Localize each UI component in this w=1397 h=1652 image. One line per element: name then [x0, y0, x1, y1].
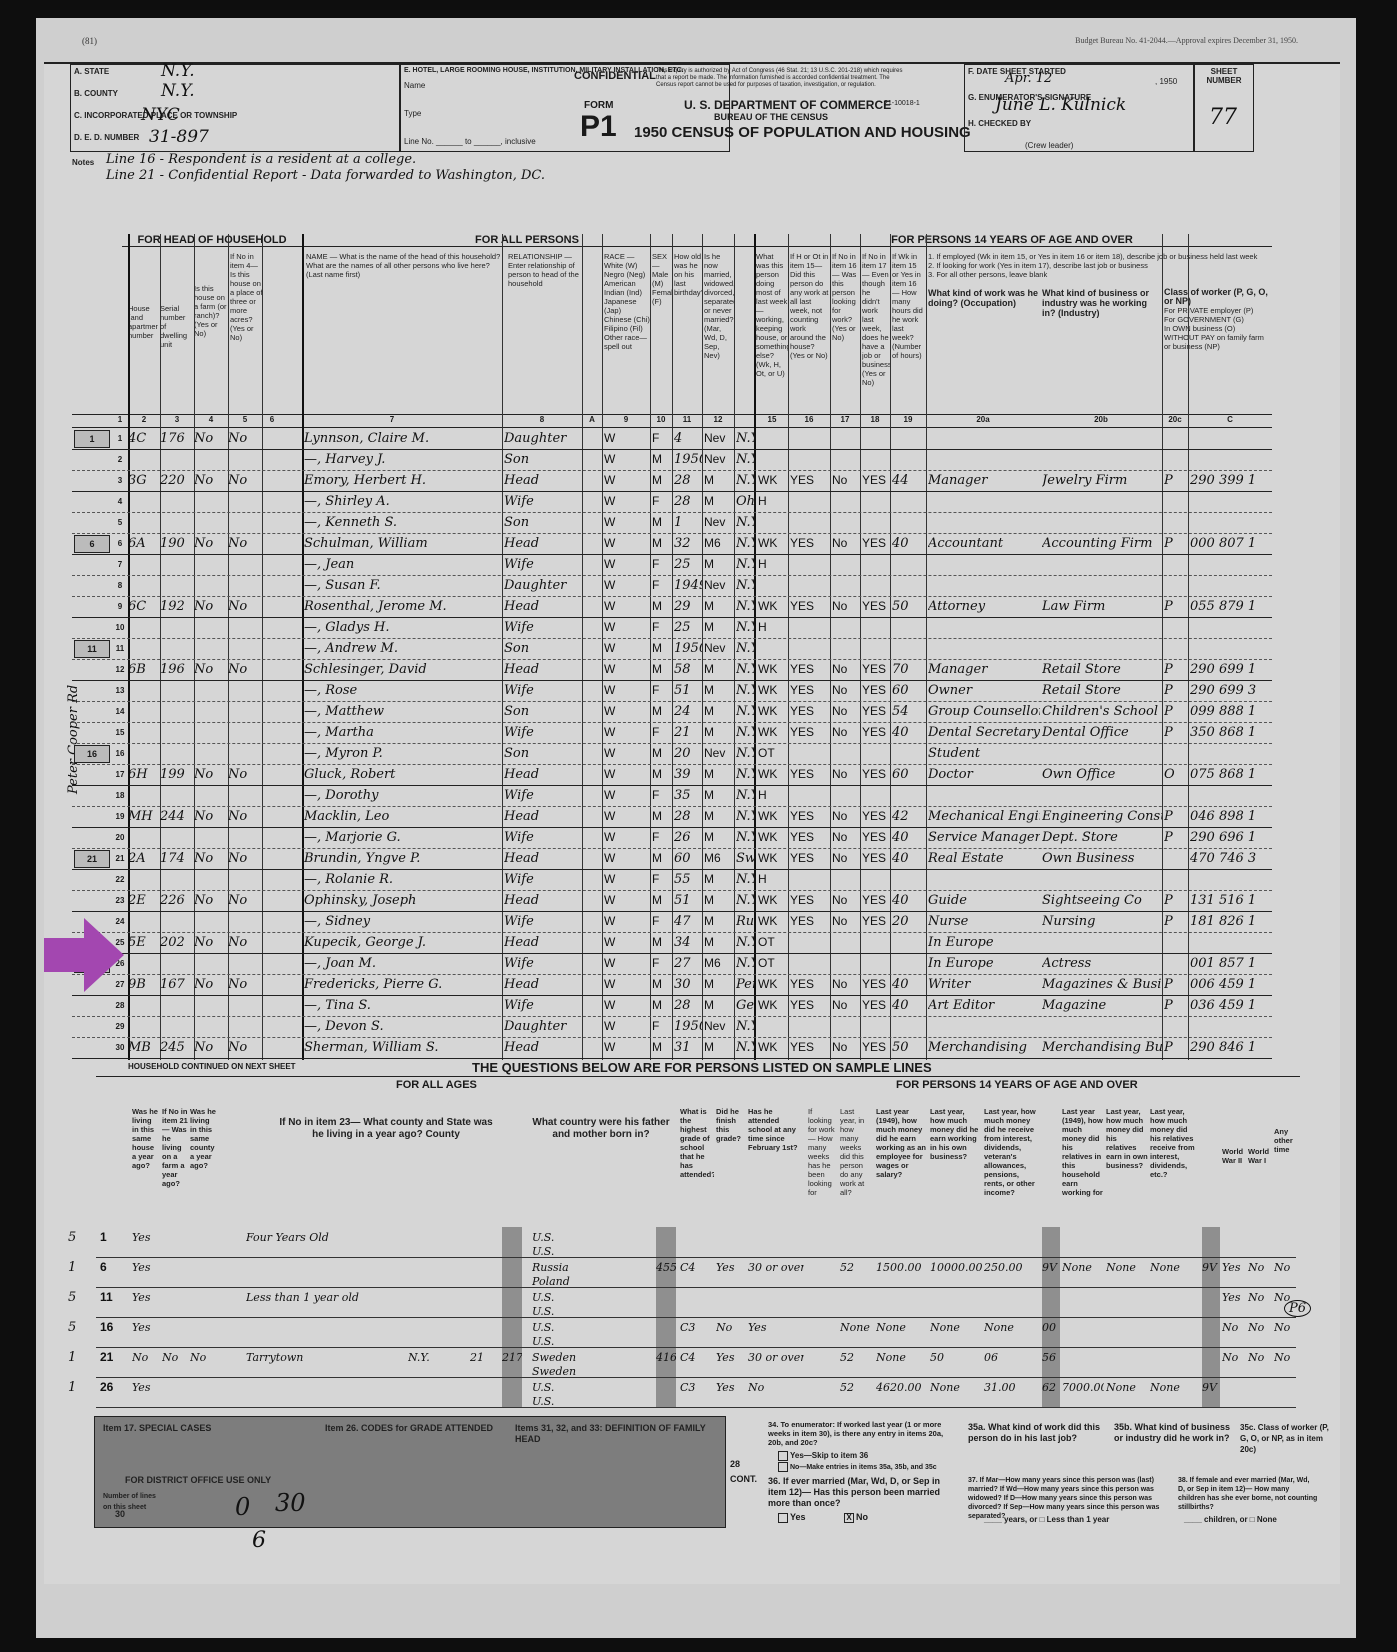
sample-cell-code_f	[1042, 1227, 1060, 1248]
sample-cell-grade: C3	[680, 1377, 714, 1398]
col-head-3: Serial number of dwelling unit	[160, 304, 192, 414]
cell-house	[128, 554, 160, 575]
cell-job	[862, 449, 890, 470]
sample-cell-ww2	[1222, 1227, 1246, 1248]
sample-cell-school: Yes	[748, 1317, 804, 1338]
line-number: 17	[112, 764, 128, 785]
cell-occupation	[928, 575, 1040, 596]
cell-serial	[160, 743, 194, 764]
cell-birthplace: N.Y.C.	[736, 890, 754, 911]
cell-code	[1190, 491, 1272, 512]
sample-cell-weeks_worked: 52	[840, 1347, 874, 1368]
cell-marital: M	[704, 785, 734, 806]
cell-activity: H	[758, 869, 788, 890]
line-number: 12	[112, 659, 128, 680]
family-head-title: Items 31, 32, and 33: DEFINITION OF FAMI…	[515, 1423, 715, 1445]
count-other: 0	[235, 1493, 250, 1521]
cell-name: —, Devon S.	[304, 1016, 502, 1037]
cell-work	[790, 491, 830, 512]
cell-serial	[160, 953, 194, 974]
sample-cell-q23	[190, 1377, 218, 1398]
cell-race: W	[604, 428, 650, 449]
cell-birthplace: Russia	[736, 911, 754, 932]
q36-yes[interactable]: Yes	[778, 1512, 806, 1523]
q38: 38. If female and ever married (Mar, Wd,…	[1178, 1476, 1318, 1512]
cell-work	[790, 512, 830, 533]
cell-looking: No	[832, 659, 860, 680]
confidential-text: This inquiry is authorized by Act of Con…	[656, 68, 906, 89]
cell-rel: Wife	[504, 785, 582, 806]
sample-cell-county	[246, 1377, 406, 1398]
cell-house	[128, 722, 160, 743]
margin-mark: 5	[68, 1317, 82, 1338]
sample-line-number: 1	[100, 1227, 128, 1248]
cell-occupation	[928, 554, 1040, 575]
sample-cell-state	[408, 1257, 468, 1278]
cell-code	[1190, 1016, 1272, 1037]
col-head-7: NAME — What is the name of the head of t…	[306, 252, 506, 412]
sample-cell-rel_c: None	[1150, 1257, 1200, 1278]
cell-acres	[228, 512, 262, 533]
cell-class	[1164, 575, 1188, 596]
sample-cell-code_d	[502, 1317, 522, 1338]
cell-industry: Magazines & Business	[1042, 974, 1162, 995]
sample-cell-finish	[716, 1287, 746, 1308]
cell-job	[862, 491, 890, 512]
cell-age: 55	[674, 869, 702, 890]
cell-industry	[1042, 1016, 1162, 1037]
cell-age: 1950 Mar	[674, 638, 702, 659]
cell-work	[790, 554, 830, 575]
cell-age: 28	[674, 470, 702, 491]
sample-cell-ww1: No	[1248, 1287, 1272, 1308]
cell-serial	[160, 827, 194, 848]
checkbox[interactable]	[778, 1451, 788, 1461]
q36: 36. If ever married (Mar, Wd, D, or Sep …	[768, 1476, 958, 1509]
cell-acres	[228, 491, 262, 512]
cell-name: Lynnson, Claire M.	[304, 428, 502, 449]
cell-industry	[1042, 932, 1162, 953]
cell-class: P	[1164, 890, 1188, 911]
sample-cell-county: Tarrytown	[246, 1347, 406, 1368]
cell-occupation: Mechanical Engineer	[928, 806, 1040, 827]
cell-age: 34	[674, 932, 702, 953]
cell-looking: No	[832, 974, 860, 995]
cell-rel: Wife	[504, 680, 582, 701]
cell-race: W	[604, 869, 650, 890]
cell-class	[1164, 512, 1188, 533]
cell-hours: 54	[892, 701, 926, 722]
cell-marital: M	[704, 806, 734, 827]
cell-hours	[892, 785, 926, 806]
cell-sex: F	[652, 680, 672, 701]
colnum-20b: 20b	[1040, 415, 1162, 424]
cell-class: O	[1164, 764, 1188, 785]
cell-birthplace: N.Y.C.	[736, 659, 754, 680]
line-number: 8	[112, 575, 128, 596]
cell-serial	[160, 911, 194, 932]
margin-mark: 1	[68, 1377, 82, 1398]
sample-cell-q22	[162, 1227, 188, 1248]
cell-work: YES	[790, 974, 830, 995]
cell-age: 25	[674, 617, 702, 638]
cell-work: YES	[790, 911, 830, 932]
margin-note: 6	[252, 1528, 266, 1553]
cell-acres: No	[228, 659, 262, 680]
sample-cell-school	[748, 1227, 804, 1248]
cell-occupation: Real Estate	[928, 848, 1040, 869]
cell-activity: WK	[758, 911, 788, 932]
cell-acres	[228, 743, 262, 764]
date-value: Apr. 12	[1005, 71, 1052, 86]
form-id: P1	[580, 110, 617, 144]
table-row: 114C176NoNoLynnson, Claire M.DaughterWF4…	[72, 428, 1272, 450]
cell-job: YES	[862, 806, 890, 827]
cell-hours	[892, 1016, 926, 1037]
cell-industry: Retail Store	[1042, 659, 1162, 680]
cell-occupation: Doctor	[928, 764, 1040, 785]
cell-hours: 50	[892, 596, 926, 617]
cell-name: —, Joan M.	[304, 953, 502, 974]
cell-birthplace: N.Y.C.	[736, 785, 754, 806]
sample-cell-rel_b	[1106, 1227, 1148, 1248]
cell-class	[1164, 848, 1188, 869]
sample-cell-code_g: 9V	[1202, 1257, 1220, 1278]
cell-activity: H	[758, 491, 788, 512]
cell-hours: 50	[892, 1037, 926, 1058]
sample-cell-income_b	[930, 1227, 982, 1248]
cell-job: YES	[862, 911, 890, 932]
cell-serial	[160, 575, 194, 596]
cell-code: 055 879 1	[1190, 596, 1272, 617]
sample-head-31b: Last year, how much money did he earn wo…	[930, 1107, 980, 1197]
cell-job: YES	[862, 764, 890, 785]
sample-cell-rel_c	[1150, 1317, 1200, 1338]
sample-cell-q21: Yes	[132, 1287, 160, 1308]
q36-no[interactable]: XNo	[844, 1512, 868, 1523]
cell-age: 1	[674, 512, 702, 533]
cell-house	[128, 743, 160, 764]
special-cases-title: Item 17. SPECIAL CASES	[103, 1423, 211, 1434]
cell-industry	[1042, 743, 1162, 764]
cell-job	[862, 554, 890, 575]
sample-cell-ww2: No	[1222, 1347, 1246, 1368]
cell-activity	[758, 575, 788, 596]
note-line-1: Line 16 - Respondent is a resident at a …	[106, 152, 416, 167]
cell-job	[862, 617, 890, 638]
sample-head-33a: World War II	[1222, 1147, 1246, 1187]
sample-line-number: 26	[100, 1377, 128, 1398]
cell-occupation: Writer	[928, 974, 1040, 995]
cell-name: —, Jean	[304, 554, 502, 575]
sample-head-22: If No in item 21— Was he living on a far…	[162, 1107, 188, 1197]
cell-code: 006 459 1	[1190, 974, 1272, 995]
checkbox[interactable]	[778, 1513, 788, 1523]
cell-birthplace: N.Y.C.	[736, 428, 754, 449]
cell-industry: Sightseeing Co	[1042, 890, 1162, 911]
colnum-A: A	[582, 415, 602, 424]
form-title: 1950 CENSUS OF POPULATION AND HOUSING	[634, 124, 971, 141]
cell-acres: No	[228, 848, 262, 869]
sample-cell-income_a	[876, 1227, 928, 1248]
table-row: 1616—, Myron P.SonWM20NevN.Y.C.OTStudent	[72, 743, 1272, 765]
cell-marital: M	[704, 932, 734, 953]
cell-looking: No	[832, 995, 860, 1016]
line-number: 23	[112, 890, 128, 911]
sample-cell-other	[1274, 1377, 1298, 1398]
cell-code: 046 898 1	[1190, 806, 1272, 827]
cell-work	[790, 428, 830, 449]
cell-occupation: Guide	[928, 890, 1040, 911]
cell-acres: No	[228, 806, 262, 827]
cell-house	[128, 953, 160, 974]
cell-age: 1950 Jan	[674, 449, 702, 470]
cell-looking	[832, 491, 860, 512]
cell-class	[1164, 785, 1188, 806]
cell-race: W	[604, 785, 650, 806]
line-number: 10	[112, 617, 128, 638]
occupation-instructions: 1. If employed (Wk in item 15, or Yes in…	[928, 252, 1258, 282]
cell-hours: 70	[892, 659, 926, 680]
sample-cell-state_code	[470, 1227, 500, 1248]
cell-house	[128, 575, 160, 596]
cell-farm	[194, 680, 228, 701]
cell-hours: 40	[892, 890, 926, 911]
sample-head-25: What country were his father and mother …	[526, 1117, 676, 1177]
cell-occupation	[928, 1016, 1040, 1037]
cell-birthplace: N.Y.C.	[736, 953, 754, 974]
cell-acres	[228, 995, 262, 1016]
cell-work: YES	[790, 659, 830, 680]
cell-marital: M6	[704, 533, 734, 554]
cell-age: 30	[674, 974, 702, 995]
cell-house	[128, 701, 160, 722]
cell-sex: M	[652, 596, 672, 617]
q36-no-label: No	[856, 1512, 868, 1522]
sample-cell-rel_c: None	[1150, 1377, 1200, 1398]
cell-occupation: Merchandising	[928, 1037, 1040, 1058]
cell-farm: No	[194, 764, 228, 785]
cell-marital: M	[704, 974, 734, 995]
cell-industry	[1042, 617, 1162, 638]
cell-code	[1190, 638, 1272, 659]
highlight-arrow-icon	[44, 918, 124, 992]
cell-class: P	[1164, 806, 1188, 827]
table-row: 33G220NoNoEmory, Herbert H.HeadWM28MN.Y.…	[72, 470, 1272, 492]
q36-yes-label: Yes	[790, 1512, 806, 1522]
county-value: N.Y.	[161, 81, 195, 101]
cell-activity: WK	[758, 596, 788, 617]
cell-looking	[832, 953, 860, 974]
sample-cell-q21: Yes	[132, 1257, 160, 1278]
cell-name: —, Myron P.	[304, 743, 502, 764]
cell-rel: Wife	[504, 722, 582, 743]
cell-house	[128, 617, 160, 638]
cell-marital: M	[704, 659, 734, 680]
sample-head-30: Last year, in how many weeks did this pe…	[840, 1107, 872, 1197]
cell-house: 3G	[128, 470, 160, 491]
cell-birthplace: N.Y.C.	[736, 449, 754, 470]
cell-farm	[194, 785, 228, 806]
cell-code: 075 868 1	[1190, 764, 1272, 785]
cont-label: CONT.	[730, 1474, 757, 1485]
cell-house: 9B	[128, 974, 160, 995]
census-sheet: (81) Budget Bureau No. 41-2044.—Approval…	[36, 18, 1356, 1638]
instruction-1: 1. If employed (Wk in item 15, or Yes in…	[928, 252, 1258, 261]
cell-serial	[160, 449, 194, 470]
table-row: 2626—, Joan M.WifeWF27M6N.Y.C.OTIn Europ…	[72, 953, 1272, 975]
cell-looking	[832, 932, 860, 953]
sample-cell-q22	[162, 1317, 188, 1338]
checkbox[interactable]	[778, 1462, 788, 1472]
cell-code	[1190, 869, 1272, 890]
cell-acres	[228, 869, 262, 890]
colnum-7: 7	[282, 415, 502, 424]
col-head-16: If H or Ot in item 15— Did this person d…	[790, 252, 830, 412]
sample-line-number: 11	[100, 1287, 128, 1308]
cell-looking: No	[832, 722, 860, 743]
sample-cell-code_f: 62	[1042, 1377, 1060, 1398]
cell-acres	[228, 953, 262, 974]
cell-birthplace: N.Y.C.	[736, 806, 754, 827]
sample-line-marker: 6	[74, 535, 110, 553]
sample-cell-code_d	[502, 1257, 522, 1278]
cell-marital: M	[704, 680, 734, 701]
cell-occupation	[928, 785, 1040, 806]
sample-row: 126YesU.S.C3YesNo524620.00None31.0062700…	[96, 1377, 1296, 1408]
cell-hours: 20	[892, 911, 926, 932]
colnum-10: 10	[650, 415, 672, 424]
line-number: 22	[112, 869, 128, 890]
cell-farm	[194, 827, 228, 848]
cell-code: 181 826 1	[1190, 911, 1272, 932]
q34-yes[interactable]: Yes—Skip to item 36	[778, 1450, 868, 1461]
cell-farm: No	[194, 533, 228, 554]
cell-farm	[194, 722, 228, 743]
cell-birthplace: Sweden	[736, 848, 754, 869]
cell-hours: 40	[892, 848, 926, 869]
col-head-9: RACE — White (W) Negro (Neg) American In…	[604, 252, 650, 412]
cell-hours: 40	[892, 827, 926, 848]
cell-name: —, Rose	[304, 680, 502, 701]
cell-race: W	[604, 491, 650, 512]
cell-birthplace: N.Y.C.	[736, 575, 754, 596]
cell-age: 26	[674, 827, 702, 848]
cell-marital: Nev	[704, 743, 734, 764]
cell-farm	[194, 911, 228, 932]
sample-cell-code_g: 9V	[1202, 1377, 1220, 1398]
cell-acres: No	[228, 932, 262, 953]
cell-race: W	[604, 743, 650, 764]
sample-cell-code_e: 455	[656, 1257, 676, 1278]
sample-cell-rel_a	[1062, 1347, 1104, 1368]
cell-looking: No	[832, 470, 860, 491]
cell-rel: Wife	[504, 491, 582, 512]
year-suffix: , 1950	[1155, 77, 1177, 86]
cow-without-pay: WITHOUT PAY on family farm or business (…	[1164, 333, 1268, 351]
cell-race: W	[604, 764, 650, 785]
cell-industry: Accounting Firm	[1042, 533, 1162, 554]
col-head-20a: What kind of work was he doing? (Occupat…	[928, 288, 1038, 408]
cell-work	[790, 575, 830, 596]
colnum-18: 18	[860, 415, 890, 424]
cell-birthplace: N.Y.C.	[736, 617, 754, 638]
sample-cell-code_d: 2179	[502, 1347, 522, 1368]
sample-cell-income_b: 10000.00	[930, 1257, 982, 1278]
sample-head-23: Was he living in this same county a year…	[190, 1107, 218, 1197]
cell-acres: No	[228, 428, 262, 449]
sample-cell-weeks_looking	[808, 1257, 838, 1278]
sample-cell-ww1: No	[1248, 1347, 1272, 1368]
cell-age: 51	[674, 680, 702, 701]
sample-cell-state_code: 21	[470, 1347, 500, 1368]
cell-farm	[194, 617, 228, 638]
cell-rel: Head	[504, 1037, 582, 1058]
cell-farm	[194, 701, 228, 722]
cell-industry: Dept. Store	[1042, 827, 1162, 848]
cell-looking: No	[832, 848, 860, 869]
place-value: NYC	[141, 105, 180, 125]
colnum-3: 3	[160, 415, 194, 424]
cell-class: P	[1164, 722, 1188, 743]
q38-suffix: ____ children, or □ None	[1184, 1514, 1277, 1525]
sample-cell-ww2	[1222, 1377, 1246, 1398]
cell-sex: F	[652, 1016, 672, 1037]
line-number: 21	[112, 848, 128, 869]
cell-birthplace: N.Y.C.	[736, 470, 754, 491]
cell-house: 4C	[128, 428, 160, 449]
cell-farm	[194, 995, 228, 1016]
sample-cell-rel_c	[1150, 1347, 1200, 1368]
cell-rel: Head	[504, 890, 582, 911]
cell-birthplace: N.Y.C.	[736, 764, 754, 785]
sample-cell-school	[748, 1287, 804, 1308]
sample-cell-ww1	[1248, 1227, 1272, 1248]
cell-age: 51	[674, 890, 702, 911]
cell-sex: M	[652, 659, 672, 680]
cell-hours	[892, 869, 926, 890]
sample-cell-school: 30 or over	[748, 1257, 804, 1278]
table-row: 14—, MatthewSonWM24MN.Y.C.WKYESNoYES54Gr…	[72, 701, 1272, 723]
cell-looking	[832, 449, 860, 470]
cell-activity: WK	[758, 806, 788, 827]
checkbox-checked[interactable]: X	[844, 1513, 854, 1523]
cell-birthplace: N.Y. State	[736, 1037, 754, 1058]
cell-race: W	[604, 890, 650, 911]
cell-birthplace: N.Y.C.	[736, 932, 754, 953]
cell-serial: 176	[160, 428, 194, 449]
sample-cell-code_f: 56	[1042, 1347, 1060, 1368]
cell-rel: Head	[504, 764, 582, 785]
cell-marital: Nev	[704, 428, 734, 449]
cell-marital: M	[704, 869, 734, 890]
household-continued: HOUSEHOLD CONTINUED ON NEXT SHEET	[128, 1062, 296, 1071]
cell-marital: M	[704, 764, 734, 785]
cell-name: —, Kenneth S.	[304, 512, 502, 533]
cell-house: 6H	[128, 764, 160, 785]
cell-serial: 167	[160, 974, 194, 995]
cell-house: 2E	[128, 890, 160, 911]
cell-sex: F	[652, 953, 672, 974]
cell-looking: No	[832, 806, 860, 827]
cell-farm	[194, 554, 228, 575]
sample-line-number: 6	[100, 1257, 128, 1278]
sample-section: FOR ALL AGES FOR PERSONS 14 YEARS OF AGE…	[96, 1076, 1300, 1417]
q34-no[interactable]: No—Make entries in items 35a, 35b, and 3…	[778, 1462, 937, 1473]
line-number: 2	[112, 449, 128, 470]
cell-industry: Own Office	[1042, 764, 1162, 785]
cell-farm	[194, 638, 228, 659]
